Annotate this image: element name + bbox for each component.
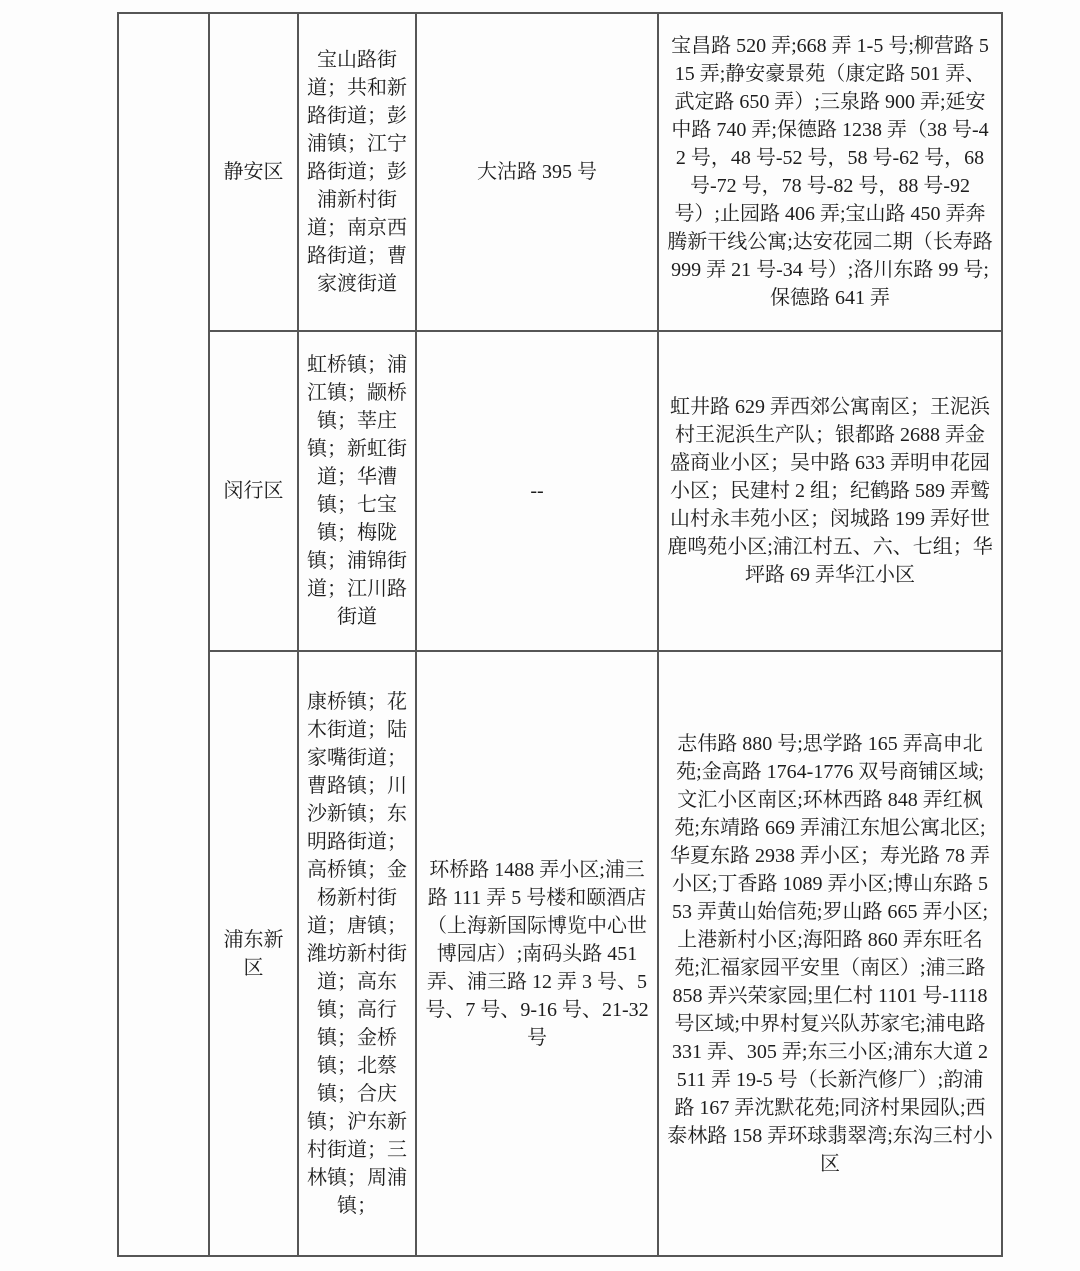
district-cell-pudong: 浦东新区 (209, 651, 298, 1256)
streets-cell-jingan: 宝山路街道；共和新路街道；彭浦镇；江宁路街道；彭浦新村街道；南京西路街道；曹家渡… (298, 13, 416, 331)
streets-cell-minhang: 虹桥镇；浦江镇；颛桥镇；莘庄镇；新虹街道；华漕镇；七宝镇；梅陇镇；浦锦街道；江川… (298, 331, 416, 651)
document-page: 静安区 宝山路街道；共和新路街道；彭浦镇；江宁路街道；彭浦新村街道；南京西路街道… (0, 0, 1080, 1271)
district-cell-jingan: 静安区 (209, 13, 298, 331)
table-row-pudong: 浦东新区 康桥镇；花木街道；陆家嘴街道；曹路镇；川沙新镇；东明路街道；高桥镇；金… (118, 651, 1002, 1256)
district-cell-minhang: 闵行区 (209, 331, 298, 651)
table-row-jingan: 静安区 宝山路街道；共和新路街道；彭浦镇；江宁路街道；彭浦新村街道；南京西路街道… (118, 13, 1002, 331)
areas-cell-jingan: 宝昌路 520 弄;668 弄 1-5 号;柳营路 515 弄;静安豪景苑（康定… (658, 13, 1002, 331)
venues-cell-jingan: 大沽路 395 号 (416, 13, 658, 331)
risk-area-table: 静安区 宝山路街道；共和新路街道；彭浦镇；江宁路街道；彭浦新村街道；南京西路街道… (117, 12, 1003, 1257)
venues-cell-minhang: -- (416, 331, 658, 651)
category-cell (118, 13, 209, 1256)
venues-cell-pudong: 环桥路 1488 弄小区;浦三路 111 弄 5 号楼和颐酒店（上海新国际博览中… (416, 651, 658, 1256)
areas-cell-minhang: 虹井路 629 弄西郊公寓南区；王泥浜村王泥浜生产队；银都路 2688 弄金盛商… (658, 331, 1002, 651)
streets-cell-pudong: 康桥镇；花木街道；陆家嘴街道；曹路镇；川沙新镇；东明路街道；高桥镇；金杨新村街道… (298, 651, 416, 1256)
areas-cell-pudong: 志伟路 880 号;思学路 165 弄高申北苑;金高路 1764-1776 双号… (658, 651, 1002, 1256)
table-row-minhang: 闵行区 虹桥镇；浦江镇；颛桥镇；莘庄镇；新虹街道；华漕镇；七宝镇；梅陇镇；浦锦街… (118, 331, 1002, 651)
